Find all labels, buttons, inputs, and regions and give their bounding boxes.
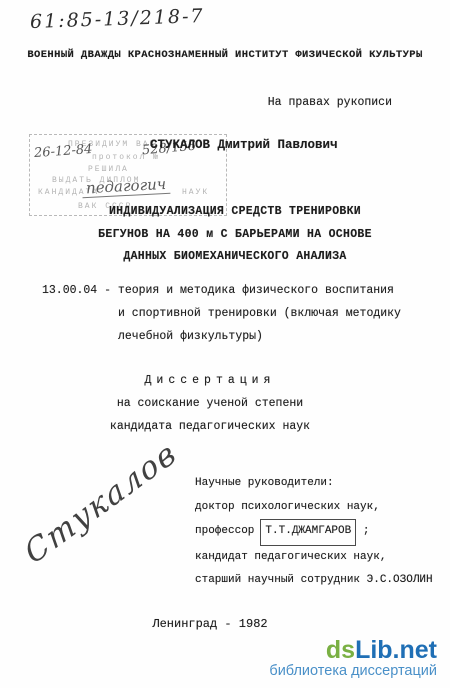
dslib-logo-text[interactable]: dsLib.net bbox=[269, 638, 437, 662]
institute-name: ВОЕННЫЙ ДВАЖДЫ КРАСНОЗНАМЕННЫЙ ИНСТИТУТ … bbox=[0, 49, 450, 61]
specialty-line-2: и спортивной тренировки (включая методик… bbox=[42, 302, 401, 325]
supervisor-name-1-suffix: ; bbox=[363, 525, 370, 537]
stamp-degree-field-handwritten: педагогич bbox=[82, 175, 171, 199]
specialty-block: 13.00.04 - теория и методика физического… bbox=[42, 279, 401, 348]
dissertation-line-2: на соискание ученой степени bbox=[0, 392, 420, 415]
supervisor-name-line-2: старший научный сотрудник Э.С.ОЗОЛИН bbox=[195, 569, 433, 593]
dslib-tagline: библиотека диссертаций bbox=[269, 662, 437, 680]
dslib-logo-ds: ds bbox=[326, 636, 355, 664]
specialty-code-line: 13.00.04 - теория и методика физического… bbox=[42, 279, 401, 302]
stamp-nauk-label: НАУК bbox=[182, 188, 209, 197]
supervisor-name-1: Т.Т.ДЖАМГАРОВ bbox=[260, 519, 356, 546]
dissertation-type-block: Диссертация на соискание ученой степени … bbox=[0, 369, 420, 438]
supervisor-degree-1: доктор психологических наук, bbox=[195, 496, 433, 520]
manuscript-note: На правах рукописи bbox=[0, 96, 392, 109]
supervisor-degree-2: кандидат педагогических наук, bbox=[195, 546, 433, 570]
title-line-1: ИНДИВИДУАЛИЗАЦИЯ СРЕДСТВ ТРЕНИРОВКИ bbox=[20, 201, 450, 224]
supervisors-heading: Научные руководители: bbox=[195, 472, 433, 496]
stamp-date-handwritten: 26-12-84 bbox=[34, 142, 93, 161]
city-year: Ленинград - 1982 bbox=[0, 617, 420, 631]
supervisors-block: Научные руководители: доктор психологиче… bbox=[195, 472, 433, 593]
dslib-logo-rest: Lib.net bbox=[355, 636, 437, 664]
dissertation-title: ИНДИВИДУАЛИЗАЦИЯ СРЕДСТВ ТРЕНИРОВКИ БЕГУ… bbox=[20, 201, 450, 269]
dissertation-line-3: кандидата педагогических наук bbox=[0, 415, 420, 438]
dissertation-title-page: 61:85-13/218-7 ВОЕННЫЙ ДВАЖДЫ КРАСНОЗНАМ… bbox=[0, 0, 450, 688]
stamp-decision-line: РЕШИЛА bbox=[88, 165, 129, 174]
catalog-number-handwritten: 61:85-13/218-7 bbox=[30, 5, 205, 33]
author-signature: Стукалов bbox=[19, 434, 183, 571]
specialty-line-3: лечебной физкультуры) bbox=[42, 325, 401, 348]
dslib-logo[interactable]: dsLib.net библиотека диссертаций bbox=[269, 638, 437, 680]
author-name: СТУКАЛОВ Дмитрий Павлович bbox=[150, 138, 338, 152]
title-line-2: БЕГУНОВ НА 400 м С БАРЬЕРАМИ НА ОСНОВЕ bbox=[20, 224, 450, 247]
supervisor-title-1: профессор bbox=[195, 525, 254, 537]
title-line-3: ДАННЫХ БИОМЕХАНИЧЕСКОГО АНАЛИЗА bbox=[20, 246, 450, 269]
supervisor-name-line-1: профессорТ.Т.ДЖАМГАРОВ ; bbox=[195, 519, 433, 546]
dissertation-word: Диссертация bbox=[0, 369, 420, 392]
